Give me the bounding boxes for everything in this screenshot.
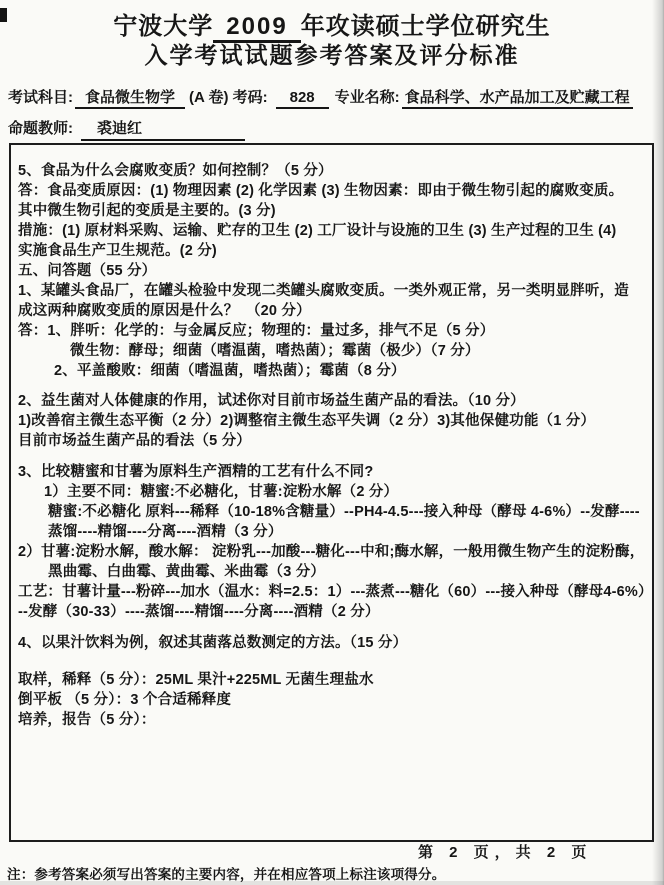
page-title: 宁波大学2009年攻读硕士学位研究生 [0,6,664,41]
answer-line: 黑曲霉、白曲霉、黄曲霉、米曲霉（3 分） [18,562,648,582]
paper-code-label: (A 卷) 考码: [189,89,268,106]
code-value: 828 [276,89,329,109]
answer-line: 5、食品为什么会腐败变质？如何控制？（5 分） [18,161,648,181]
answer-line: 3、比较糖蜜和甘薯为原料生产酒精的工艺有什么不同? [18,462,648,482]
answer-line: 4、以果汁饮料为例，叙述其菌落总数测定的方法。（15 分） [18,633,648,653]
subject-value: 食品微生物学 [75,89,185,109]
answer-line: 成这两种腐败变质的原因是什么？ （20 分） [18,301,648,321]
answer-line: 1)改善宿主微生态平衡（2 分）2)调整宿主微生态平失调（2 分）3)其他保健功… [18,411,648,431]
answer-line: 五、问答题（55 分） [18,261,648,281]
answer-line: 答：1、胖听：化学的：与金属反应；物理的：量过多，排气不足（5 分） [18,321,648,341]
answer-line: 2）甘薯:淀粉水解，酸水解： 淀粉乳---加酸---糖化---中和;酶水解，一般… [18,542,648,562]
answer-box: 5、食品为什么会腐败变质？如何控制？（5 分）答：食品变质原因：(1) 物理因素… [9,143,654,842]
footer-note: 注：参考答案必须写出答案的主要内容，并在相应答项上标注该项得分。 [7,863,445,883]
exam-answer-sheet-page: 宁波大学2009年攻读硕士学位研究生 入学考试试题参考答案及评分标准 考试科目:… [0,0,664,885]
answer-line: 实施食品生产卫生规范。(2 分) [18,241,648,261]
answer-line: 1、某罐头食品厂，在罐头检验中发现二类罐头腐败变质。一类外观正常，另一类明显胖听… [18,281,648,301]
answer-line: 取样，稀释（5 分）：25ML 果汁+225ML 无菌生理盐水 [18,670,648,690]
answer-line: 2、平盖酸败：细菌（嗜温菌，嗜热菌）；霉菌（8 分） [18,361,648,381]
answer-line: 2、益生菌对人体健康的作用，试述你对目前市场益生菌产品的看法。（10 分） [18,391,648,411]
meta-row-teacher: 命题教师:裘迪红 [8,117,658,141]
answer-line: 答：食品变质原因：(1) 物理因素 (2) 化学因素 (3) 生物因素：即由于微… [18,181,648,201]
page-number: 第 2 页，共 2 页 [418,841,592,862]
major-label: 专业名称: [335,89,400,106]
title-degree-text: 年攻读硕士学位研究生 [301,13,551,40]
answer-line: --发酵（30-33）----蒸馏----精馏----分离----酒精（2 分） [18,602,648,622]
title-university: 宁波大学 [113,13,213,40]
answer-line: 蒸馏----精馏----分离----酒精（3 分） [18,522,648,542]
answer-line: 培养，报告（5 分）： [18,710,648,730]
answer-line: 1）主要不同：糖蜜:不必糖化，甘薯:淀粉水解（2 分） [18,482,648,502]
answer-line: 微生物：酵母；细菌（嗜温菌，嗜热菌）；霉菌（极少）（7 分） [18,341,648,361]
meta-row-subject: 考试科目:食品微生物学(A 卷) 考码:828专业名称:食品科学、水产品加工及贮… [8,86,658,107]
answer-line: 工艺：甘薯计量---粉碎---加水（温水：料=2.5：1）---蒸煮---糖化（… [18,582,648,602]
answer-line: 措施：(1) 原材料采购、运输、贮存的卫生 (2) 工厂设计与设施的卫生 (3)… [18,221,648,241]
answer-line: 目前市场益生菌产品的看法（5 分） [18,431,648,451]
teacher-label: 命题教师: [8,120,73,137]
subject-label: 考试科目: [8,89,73,106]
answer-line: 其中微生物引起的变质是主要的。(3 分) [18,201,648,221]
major-value: 食品科学、水产品加工及贮藏工程 [402,89,633,109]
page-subtitle: 入学考试试题参考答案及评分标准 [0,37,664,70]
teacher-value: 裘迪红 [81,117,245,141]
answer-line: 倒平板 （5 分）：3 个合适稀释度 [18,690,648,710]
answer-line: 糖蜜:不必糖化 原料---稀释（10-18%含糖量）--PH4-4.5---接入… [18,502,648,522]
